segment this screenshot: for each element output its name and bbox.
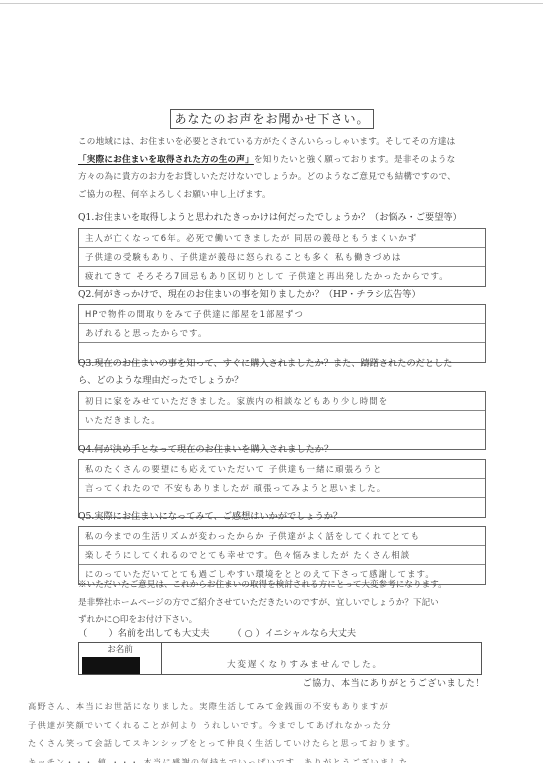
- answer-line: 楽しそうにしてくれるのでとても幸せです。色々悩みましたが たくさん相談: [79, 546, 485, 565]
- answer-line: 私の今までの生活リズムが変わったからか 子供達がよく話をしてくれてとても: [79, 527, 485, 546]
- redacted-name: [82, 657, 140, 674]
- intro-line-1: この地域には、お住まいを必要とされている方がたくさんいらっしゃいます。そしてその…: [78, 134, 486, 152]
- intro-line-4: ご協力の程、何卒よろしくお願い申し上げます。: [78, 187, 486, 205]
- answer-line: いただきました。: [79, 411, 485, 430]
- note-line-1: ※いただいたご意見は、これからお住まいの取得を検討される方にとって大変参考になり…: [78, 577, 488, 595]
- question-2-label: Q2.何がきっかけで、現在のお住まいの事を知りましたか？（HP・チラシ広告等）: [78, 286, 488, 303]
- letter-line: キッチン・・・ 値 ・・・ 本当に感謝の気持ちでいっぱいです。ありがとうございま…: [28, 753, 528, 763]
- answer-line: HPで物件の間取りをみて子供達に部屋を1部屋ずつ: [79, 305, 485, 324]
- question-3-label: Q3.現在のお住まいの事を知って、すぐに購入されましたか？また、躊躇されたのだと…: [78, 355, 488, 389]
- answer-line: 子供達の受験もあり、子供達が義母に怒られることも多く 私も働きづめは: [79, 248, 485, 267]
- answer-line: 言ってくれたので 不安もありましたが 頑張ってみようと思いました。: [79, 479, 485, 498]
- note-line-2: 是非弊社ホームページの方でご紹介させていただきたいのですが、宜しいでしょうか？下…: [78, 595, 488, 613]
- letter-line: 高野さん、本当にお世話になりました。実際生活してみて金銭面の不安もありますが: [28, 697, 528, 716]
- consent-choices: （ ）名前を出しても大丈夫 （ ○ ）イニシャルなら大丈夫: [78, 626, 488, 641]
- choice-1-checkbox[interactable]: （ ）: [78, 628, 118, 639]
- scan-edge-line: [0, 3, 543, 4]
- question-1-answer-box[interactable]: 主人が亡くなって6年。必死で働いてきましたが 同居の義母ともうまくいかず 子供達…: [78, 228, 486, 287]
- intro-paragraph: この地域には、お住まいを必要とされている方がたくさんいらっしゃいます。そしてその…: [78, 134, 486, 204]
- intro-emphasis: 「実際にお住まいを取得された方の生の声」: [78, 155, 254, 165]
- thanks-message: ご協力、本当にありがとうございました！: [303, 676, 485, 689]
- publication-note: ※いただいたご意見は、これからお住まいの取得を検討される方にとって大変参考になり…: [78, 577, 488, 630]
- answer-line: 疲れてきて そろそろ7回忌もあり区切りとして 子供達と再出発したかったからです。: [79, 267, 485, 286]
- question-3-label-line-2: ら、どのような理由だったでしょうか？: [78, 372, 488, 389]
- handwritten-letter: 高野さん、本当にお世話になりました。実際生活してみて金銭面の不安もありますが 子…: [28, 697, 528, 763]
- intro-line-3: 方々の為に貴方のお力をお貸しいただけないでしょうか。どのようなご意見でも結構です…: [78, 169, 486, 187]
- letter-line: 子供達が笑顔でいてくれることが何より うれしいです。今までしてあげれなかった分: [28, 716, 528, 735]
- question-5-label: Q5.実際にお住まいになってみて、ご感想はいかがでしょうか？: [78, 508, 488, 525]
- intro-line-2-rest: を知りたいと強く願っております。是非そのような: [254, 155, 456, 165]
- name-label-cell: お名前: [79, 643, 162, 674]
- choice-2-label: イニシャルなら大丈夫: [265, 628, 356, 639]
- intro-line-2: 「実際にお住まいを取得された方の生の声」を知りたいと強く願っております。是非その…: [78, 152, 486, 170]
- letter-line: たくさん笑って会話してスキンシップをとって仲良く生活していけたらと思っております…: [28, 734, 528, 753]
- name-field-box: お名前 大変遅くなりすみませんでした。: [78, 642, 482, 675]
- answer-line: 私のたくさんの要望にも応えていただいて 子供達も一緒に頑張ろうと: [79, 460, 485, 479]
- answer-line: あげれると思ったからです。: [79, 324, 485, 343]
- name-comment[interactable]: 大変遅くなりすみませんでした。: [162, 643, 481, 674]
- choice-2-mark: ○: [245, 628, 253, 639]
- question-1-label: Q1.お住まいを取得しようと思われたきっかけは何だったでしょうか？（お悩み・ご要…: [78, 209, 488, 226]
- name-label: お名前: [79, 643, 161, 656]
- answer-line: 主人が亡くなって6年。必死で働いてきましたが 同居の義母ともうまくいかず: [79, 229, 485, 248]
- question-3-label-line-1: Q3.現在のお住まいの事を知って、すぐに購入されましたか？また、躊躇されたのだと…: [78, 355, 488, 372]
- answer-line: 初日に家をみせていただきました。家族内の相談などもあり少し時間を: [79, 392, 485, 411]
- question-4-label: Q4.何が決め手となって現在のお住まいを購入されましたか？: [78, 441, 488, 458]
- choice-2-checkbox[interactable]: （ ○ ）: [237, 628, 265, 639]
- page-title: あなたのお声をお聞かせ下さい。: [170, 109, 374, 129]
- choice-1-label: 名前を出しても大丈夫: [118, 628, 210, 639]
